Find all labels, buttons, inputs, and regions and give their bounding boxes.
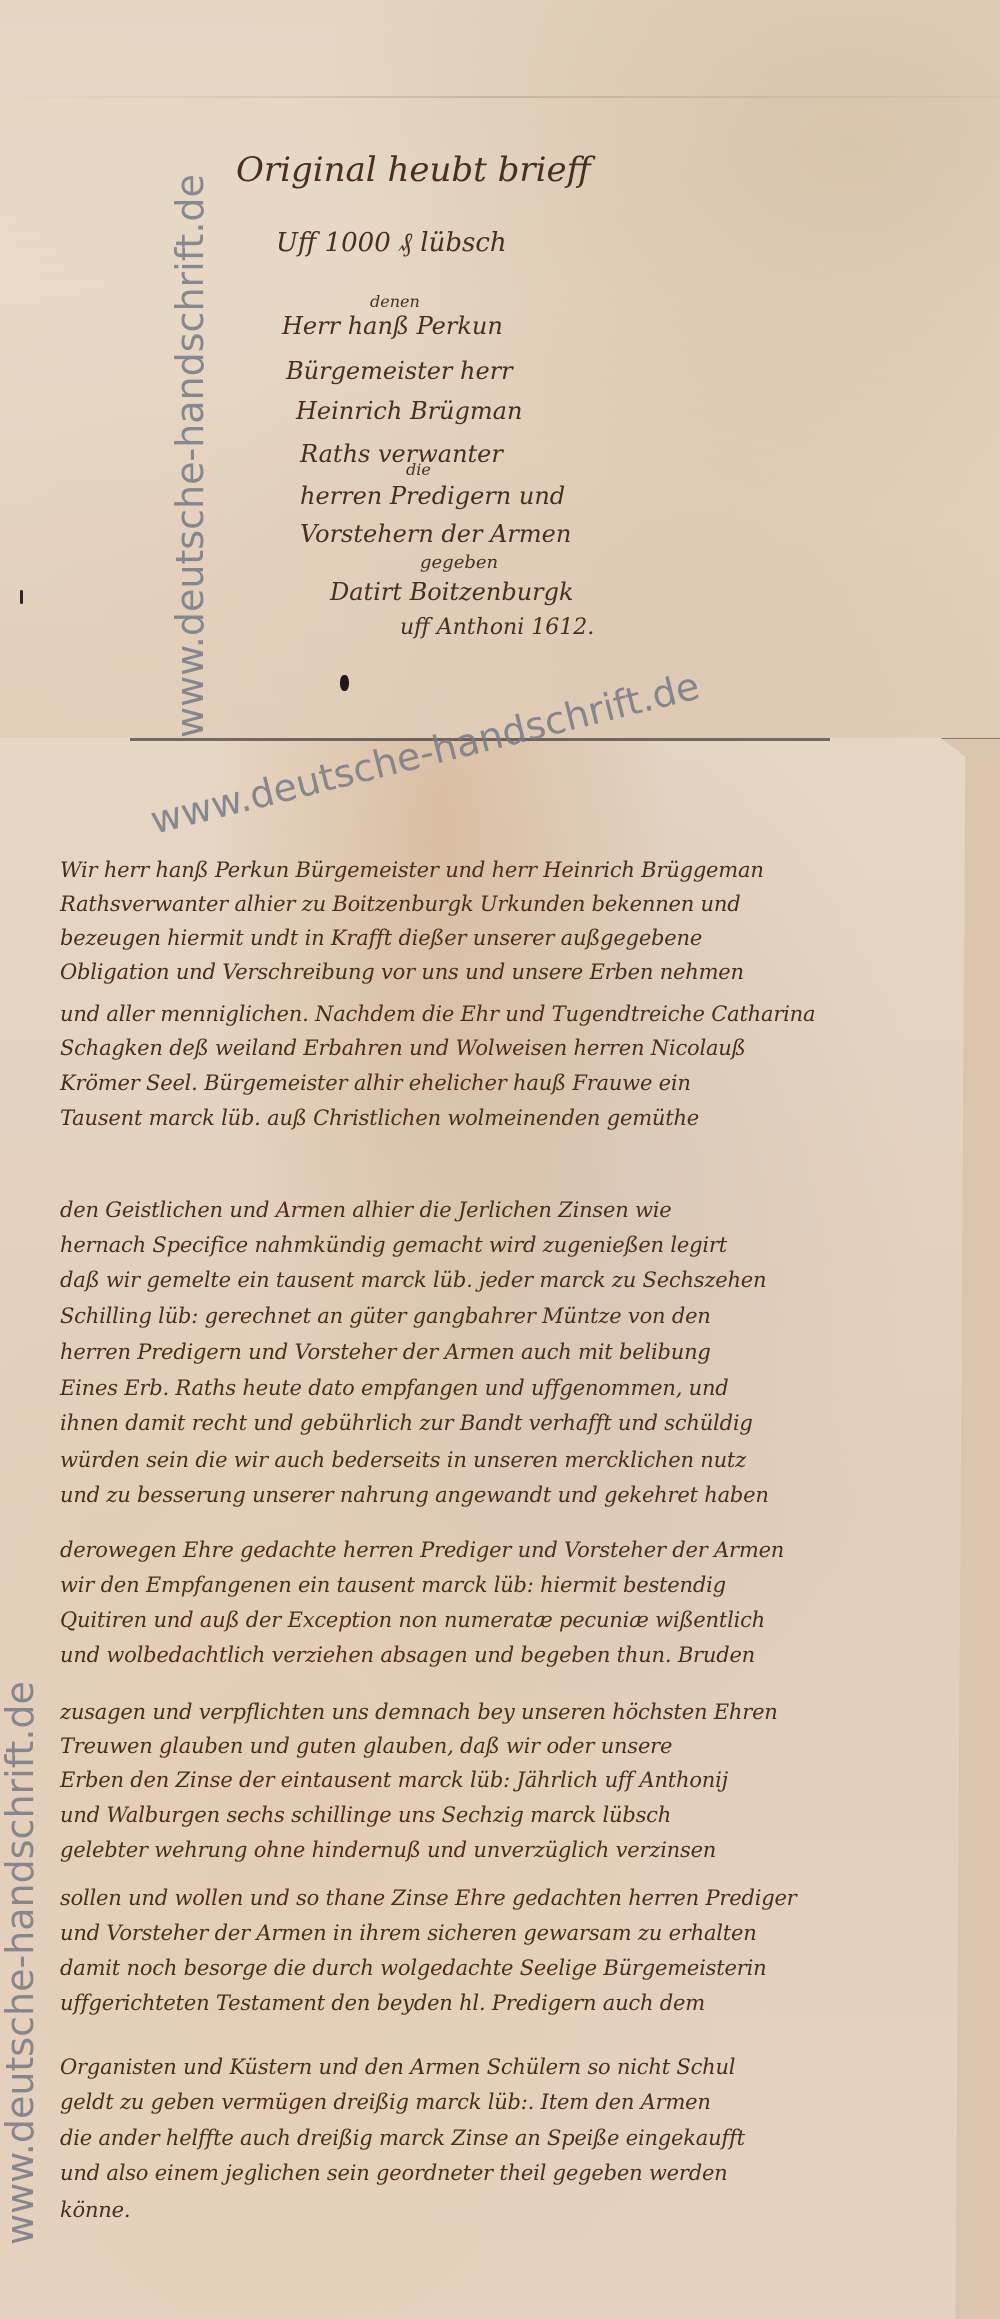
cover-date-place-line: Datirt Boitzenburgk — [330, 578, 574, 606]
body-line: derowegen Ehre gedachte herren Prediger … — [60, 1538, 784, 1562]
body-line: ihnen damit recht und gebührlich zur Ban… — [60, 1411, 753, 1435]
ink-blot — [340, 675, 349, 691]
cover-line: die — [406, 460, 431, 479]
body-line: Krömer Seel. Bürgemeister alhir eheliche… — [60, 1071, 691, 1095]
page-margin-strip — [978, 760, 1000, 2319]
cover-line: Bürgemeister herr — [286, 357, 513, 385]
body-line: Schilling lüb: gerechnet an güter gangba… — [60, 1304, 711, 1328]
cover-line: gegeben — [420, 552, 498, 573]
cover-date-line: uff Anthoni 1612. — [400, 615, 594, 640]
body-line: und zu besserung unserer nahrung angewan… — [60, 1483, 769, 1507]
body-line: Wir herr hanß Perkun Bürgemeister und he… — [60, 858, 764, 882]
body-line: könne. — [60, 2198, 130, 2222]
cover-amount-line: Uff 1000 ₰ lübsch — [276, 228, 507, 258]
body-line: Rathsverwanter alhier zu Boitzenburgk Ur… — [60, 892, 740, 916]
body-line: würden sein die wir auch bederseits in u… — [60, 1448, 746, 1472]
cover-title-line: Original heubt brieff — [236, 150, 591, 190]
body-line: damit noch besorge die durch wolgedachte… — [60, 1956, 766, 1980]
body-line: uffgerichteten Testament den beyden hl. … — [60, 1991, 705, 2015]
body-line: herren Predigern und Vorsteher der Armen… — [60, 1340, 711, 1364]
body-line: Erben den Zinse der eintausent marck lüb… — [60, 1768, 728, 1792]
body-line: daß wir gemelte ein tausent marck lüb. j… — [60, 1268, 766, 1292]
body-line: zusagen und verpflichten uns demnach bey… — [60, 1700, 778, 1724]
cover-line: Heinrich Brügman — [296, 397, 522, 425]
cover-line: Vorstehern der Armen — [300, 520, 571, 548]
cover-line: denen — [370, 292, 420, 311]
body-line: Organisten und Küstern und den Armen Sch… — [60, 2055, 735, 2079]
body-line: den Geistlichen und Armen alhier die Jer… — [60, 1198, 672, 1222]
body-line: Eines Erb. Raths heute dato empfangen un… — [60, 1376, 729, 1400]
cover-line: herren Predigern und — [300, 482, 565, 510]
body-line: gelebter wehrung ohne hindernuß und unve… — [60, 1838, 716, 1862]
body-line: wir den Empfangenen ein tausent marck lü… — [60, 1573, 726, 1597]
cover-sheet: Original heubt brieff Uff 1000 ₰ lübsch … — [0, 0, 1000, 739]
body-line: und Vorsteher der Armen in ihrem sichere… — [60, 1921, 757, 1945]
body-line: hernach Specifice nahmkündig gemacht wir… — [60, 1233, 727, 1257]
body-line: und wolbedachtlich verziehen absagen und… — [60, 1643, 755, 1667]
body-line: bezeugen hiermit undt in Krafft dießer u… — [60, 926, 702, 950]
cover-line: Raths verwanter — [300, 440, 503, 468]
ink-mark — [20, 590, 23, 604]
body-line: und Walburgen sechs schillinge uns Sechz… — [60, 1803, 671, 1827]
body-line: und also einem jeglichen sein geordneter… — [60, 2161, 728, 2185]
cover-line: Herr hanß Perkun — [282, 312, 503, 340]
body-line: die ander helffte auch dreißig marck Zin… — [60, 2126, 745, 2150]
body-line: und aller menniglichen. Nachdem die Ehr … — [60, 1002, 815, 1026]
body-line: sollen und wollen und so thane Zinse Ehr… — [60, 1886, 797, 1910]
body-line: Tausent marck lüb. auß Christlichen wolm… — [60, 1106, 699, 1130]
body-line: Obligation und Verschreibung vor uns und… — [60, 960, 744, 984]
body-line: Quitiren und auß der Exception non numer… — [60, 1608, 765, 1632]
body-line: geldt zu geben vermügen dreißig marck lü… — [60, 2090, 711, 2114]
body-line: Schagken deß weiland Erbahren und Wolwei… — [60, 1036, 745, 1060]
body-line: Treuwen glauben und guten glauben, daß w… — [60, 1734, 672, 1758]
